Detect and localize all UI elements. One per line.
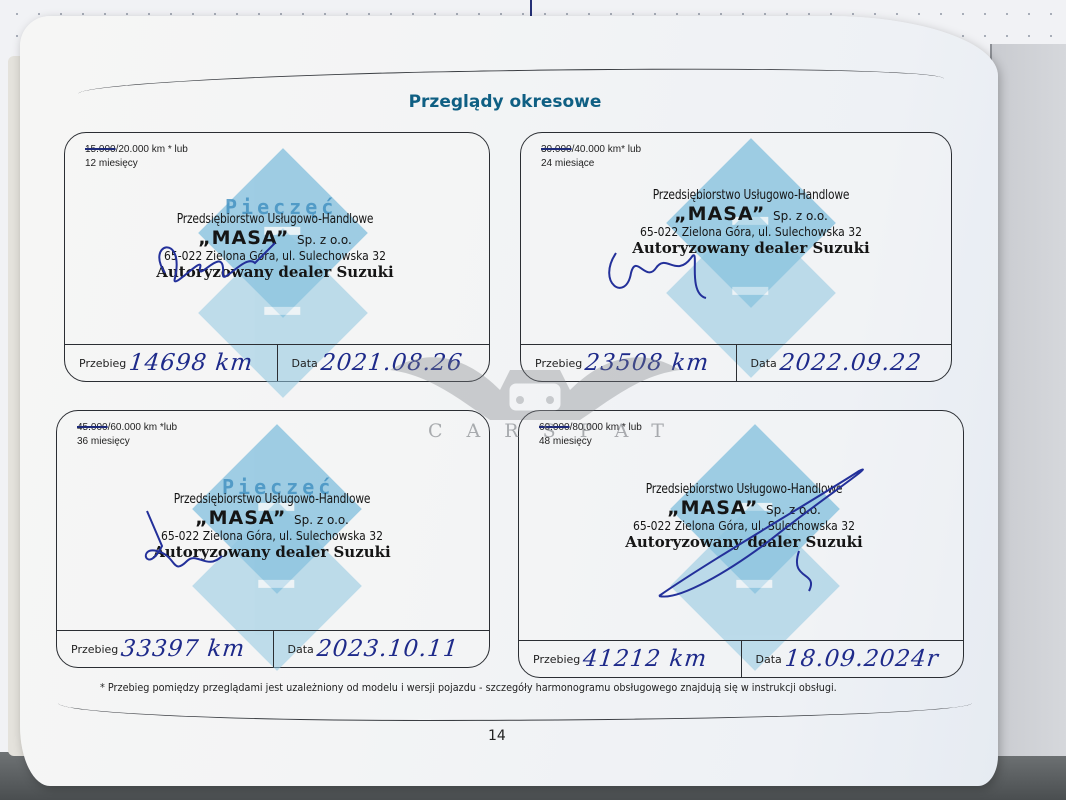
service-entry-4: 60.000/80.000 km * lub48 miesięcy Przeds…: [518, 410, 964, 678]
booklet-back-cover: [990, 44, 1066, 756]
mileage-cell: Przebieg33397 km: [57, 631, 273, 667]
date-cell: Data18.09.2024r: [741, 641, 964, 677]
mileage-value: 41212 km: [582, 646, 709, 672]
service-entry-footer: Przebieg33397 km Data2023.10.11: [57, 630, 489, 667]
date-cell: Data2023.10.11: [273, 631, 490, 667]
footnote: * Przebieg pomiędzy przeglądami jest uza…: [100, 682, 864, 694]
date-cell: Data2022.09.22: [736, 345, 952, 381]
date-value: 2022.09.22: [778, 350, 922, 376]
dealer-stamp: Przedsiębiorstwo Usługowo-Handlowe „MASA…: [604, 483, 884, 551]
page-title: Przeglądy okresowe: [0, 92, 1010, 112]
date-value: 2023.10.11: [315, 636, 459, 662]
service-interval: 15.000/20.000 km * lub12 miesięcy: [85, 143, 188, 171]
dealer-stamp: Przedsiębiorstwo Usługowo-Handlowe „MASA…: [132, 493, 412, 561]
mileage-value: 33397 km: [120, 636, 247, 662]
service-entry-footer: Przebieg41212 km Data18.09.2024r: [519, 640, 963, 677]
mileage-value: 14698 km: [128, 350, 255, 376]
watermark-text: CARSPAT: [428, 420, 688, 442]
mileage-cell: Przebieg41212 km: [519, 641, 741, 677]
dealer-stamp: Przedsiębiorstwo Usługowo-Handlowe „MASA…: [135, 213, 415, 281]
page-number: 14: [488, 728, 506, 744]
service-interval: 45.000/60.000 km *lub36 miesięcy: [77, 421, 177, 449]
dealer-stamp: Przedsiębiorstwo Usługowo-Handlowe „MASA…: [611, 189, 891, 257]
mileage-cell: Przebieg14698 km: [65, 345, 277, 381]
date-value: 18.09.2024r: [783, 646, 939, 672]
service-interval: 30.000/40.000 km* lub24 miesiące: [541, 143, 641, 171]
